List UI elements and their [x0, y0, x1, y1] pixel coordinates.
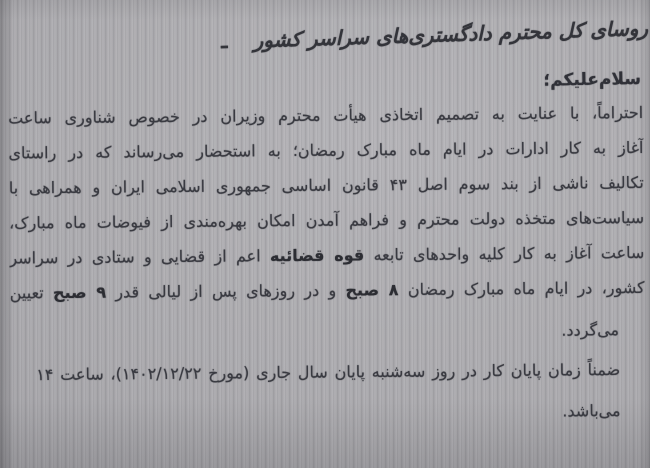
p1-line2: آغاز به کار ادارات در ایام ماه مبارک رمض…	[8, 130, 643, 171]
p1-line1: احتراماً، با عنایت به تصمیم اتخاذی هیأت …	[8, 95, 643, 136]
p1-line4: سیاست‌های متخذه دولت محترم و فراهم آمدن …	[9, 200, 644, 241]
p1-line5: ساعت آغاز به کار کلیه واحدهای تابعه قوه …	[9, 235, 644, 276]
nine-am-bold-segment: ۹ صبح	[53, 283, 106, 302]
p1-line3: تکالیف ناشی از بند سوم اصل ۴۳ قانون اساس…	[9, 165, 644, 206]
p2-line2: می‌باشد.	[36, 393, 620, 434]
p1-line6: کشور، در ایام ماه مبارک رمضان ۸ صبح و در…	[10, 270, 645, 311]
p1-line7: می‌گردد.	[10, 312, 645, 353]
p2-line1: ضمناً زمان پایان کار در روز سه‌شنبه پایا…	[36, 352, 620, 393]
p1-line6-mid: و در روزهای پس از لیالی قدر	[106, 281, 346, 302]
paragraph-year-end: ضمناً زمان پایان کار در روز سه‌شنبه پایا…	[36, 352, 621, 434]
judiciary-bold-segment: قوه قضائیه	[270, 245, 364, 265]
recipient-title: روسای کل محترم دادگستری‌های سراسر کشور	[253, 16, 648, 52]
paragraph-ramadan-hours: احتراماً، با عنایت به تصمیم اتخاذی هیأت …	[8, 95, 645, 353]
p1-line6-text: کشور، در ایام ماه مبارک رمضان	[398, 278, 644, 299]
p1-line5-text: ساعت آغاز به کار کلیه واحدهای تابعه	[364, 243, 644, 264]
recipient-dash: ـ	[220, 18, 228, 64]
eight-am-bold-segment: ۸ صبح	[345, 280, 398, 299]
p1-line6-end: تعیین	[10, 283, 53, 302]
p1-line5-text-end: اعم از قضایی و ستادی در سراسر	[9, 246, 270, 267]
recipient-line: روسای کل محترم دادگستری‌های سراسر کشورـ	[6, 5, 649, 71]
document-photo: روسای کل محترم دادگستری‌های سراسر کشورـ …	[0, 0, 650, 468]
